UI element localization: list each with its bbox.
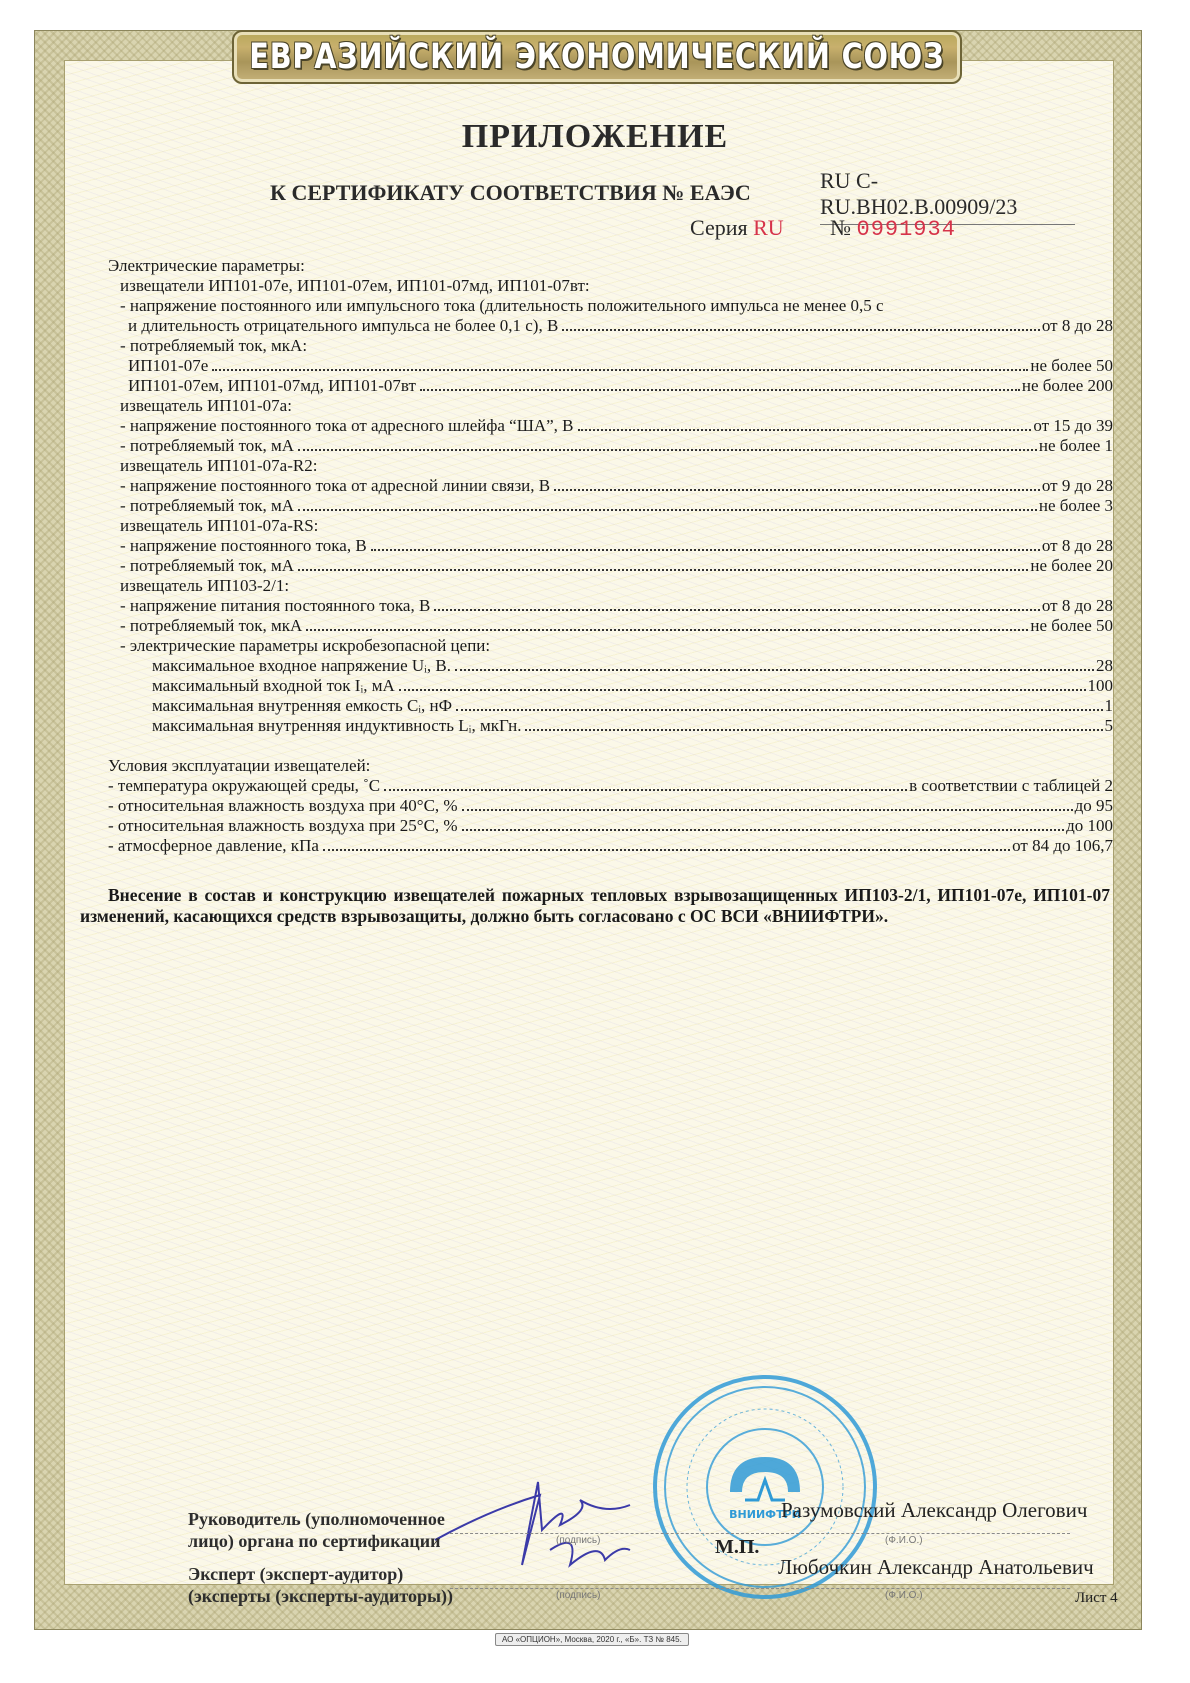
fio-hint: (Ф.И.О.)	[885, 1535, 923, 1546]
expert-label: Эксперт (эксперт-аудитор) (эксперты (экс…	[188, 1563, 453, 1607]
parameter-row: - относительная влажность воздуха при 25…	[108, 816, 1113, 836]
parameters-section: Электрические параметры: извещатели ИП10…	[108, 256, 1113, 856]
leader-dots	[212, 369, 1028, 371]
parameter-value: 1	[1105, 696, 1114, 716]
parameter-label: максимальная внутренняя индуктивность Lᵢ…	[152, 716, 521, 736]
parameter-label: - напряжение постоянного тока, В	[120, 536, 367, 556]
parameter-row: - относительная влажность воздуха при 40…	[108, 796, 1113, 816]
parameter-label: максимальное входное напряжение Uᵢ, В.	[152, 656, 451, 676]
signature-hint: (подпись)	[556, 1590, 600, 1601]
parameter-label: - потребляемый ток, мА	[120, 556, 294, 576]
parameter-label: извещатель ИП103-2/1:	[120, 576, 289, 596]
parameter-value: в соответствии с таблицей 2	[909, 776, 1113, 796]
leader-dots	[371, 549, 1040, 551]
leader-dots	[298, 449, 1037, 451]
leader-dots	[399, 689, 1086, 691]
parameter-row: - температура окружающей среды, ˚С в соо…	[108, 776, 1113, 796]
sheet-number: Лист 4	[1075, 1590, 1118, 1607]
leader-dots	[434, 609, 1040, 611]
leader-dots	[323, 849, 1010, 851]
parameter-label: - напряжение питания постоянного тока, В	[120, 596, 430, 616]
parameter-row: - атмосферное давление, кПаот 84 до 106,…	[108, 836, 1113, 856]
parameter-value: не более 50	[1030, 356, 1113, 376]
parameter-row: ИП101-07ем, ИП101-07мд, ИП101-07втне бол…	[108, 376, 1113, 396]
leader-dots	[525, 729, 1102, 731]
parameter-row: максимальная внутренняя емкость Cᵢ, нФ 1	[108, 696, 1113, 716]
parameter-value: не более 1	[1039, 436, 1113, 456]
parameter-label: - атмосферное давление, кПа	[108, 836, 319, 856]
parameter-value: от 8 до 28	[1042, 596, 1113, 616]
parameter-row: - напряжение постоянного или импульсного…	[108, 296, 1113, 316]
parameter-label: - температура окружающей среды, ˚С	[108, 776, 380, 796]
leader-dots	[420, 389, 1020, 391]
parameter-row: - напряжение постоянного тока, В от 8 до…	[108, 536, 1113, 556]
parameter-value: не более 200	[1022, 376, 1113, 396]
parameter-value: 5	[1105, 716, 1114, 736]
leader-dots	[462, 829, 1065, 831]
parameter-row: максимальный входной ток Iᵢ, мА 100	[108, 676, 1113, 696]
parameter-label: ИП101-07ем, ИП101-07мд, ИП101-07вт	[128, 376, 416, 396]
parameter-value: 28	[1096, 656, 1113, 676]
parameter-row: - потребляемый ток, мА не более 3	[108, 496, 1113, 516]
parameter-row: - напряжение постоянного тока от адресно…	[108, 416, 1113, 436]
parameter-row: ИП101-07ене более 50	[108, 356, 1113, 376]
expert-name: Любочкин Александр Анатольевич	[778, 1555, 1094, 1580]
parameter-value: 100	[1088, 676, 1114, 696]
expert-signature-line	[450, 1588, 1070, 1589]
parameter-value: не более 20	[1030, 556, 1113, 576]
parameter-label: - относительная влажность воздуха при 40…	[108, 796, 458, 816]
parameter-label: извещатель ИП101-07а-RS:	[120, 516, 318, 536]
head-name: Разумовский Александр Олегович	[781, 1498, 1087, 1523]
parameter-label: - электрические параметры искробезопасно…	[120, 636, 490, 656]
stamp-place-label: М.П.	[715, 1536, 759, 1559]
parameter-row: максимальная внутренняя индуктивность Lᵢ…	[108, 716, 1113, 736]
parameter-value: от 8 до 28	[1042, 536, 1113, 556]
parameter-label: извещатели ИП101-07е, ИП101-07ем, ИП101-…	[120, 276, 590, 296]
parameter-label: и длительность отрицательного импульса н…	[128, 316, 558, 336]
parameter-label: ИП101-07е	[128, 356, 208, 376]
leader-dots	[456, 709, 1102, 711]
head-signature-icon	[430, 1470, 670, 1590]
parameter-label: максимальный входной ток Iᵢ, мА	[152, 676, 395, 696]
conditions-heading: Условия эксплуатации извещателей:	[108, 756, 1113, 776]
series-value: RU	[753, 215, 784, 240]
head-label: Руководитель (уполномоченное лицо) орган…	[188, 1508, 445, 1552]
electrical-heading: Электрические параметры:	[108, 256, 1113, 276]
parameter-label: - относительная влажность воздуха при 25…	[108, 816, 458, 836]
parameter-label: - потребляемый ток, мкА:	[120, 336, 307, 356]
blank-number-label: №	[830, 215, 851, 240]
parameter-value: от 15 до 39	[1033, 416, 1113, 436]
printer-imprint: АО «ОПЦИОН», Москва, 2020 г., «Б». ТЗ № …	[495, 1633, 689, 1646]
parameter-value: от 9 до 28	[1042, 476, 1113, 496]
blank-number: № 0991934	[830, 215, 956, 242]
leader-dots	[562, 329, 1040, 331]
fio-hint: (Ф.И.О.)	[885, 1590, 923, 1601]
parameter-row: - потребляемый ток, мкА не более 50	[108, 616, 1113, 636]
parameter-value: не более 50	[1030, 616, 1113, 636]
banner-text: ЕВРАЗИЙСКИЙ ЭКОНОМИЧЕСКИЙ СОЮЗ	[249, 37, 944, 77]
parameter-row: извещатель ИП103-2/1:	[108, 576, 1113, 596]
leader-dots	[298, 509, 1037, 511]
electrical-parameters-list: извещатели ИП101-07е, ИП101-07ем, ИП101-…	[108, 276, 1113, 736]
parameter-value: от 8 до 28	[1042, 316, 1113, 336]
parameter-label: - потребляемый ток, мкА	[120, 616, 302, 636]
parameter-label: - потребляемый ток, мА	[120, 496, 294, 516]
operating-conditions-list: - температура окружающей среды, ˚С в соо…	[108, 776, 1113, 856]
parameter-row: извещатель ИП101-07а:	[108, 396, 1113, 416]
page-title: ПРИЛОЖЕНИЕ	[0, 118, 1190, 156]
head-signature-line	[450, 1533, 1070, 1534]
parameter-row: извещатель ИП101-07а-RS:	[108, 516, 1113, 536]
leader-dots	[578, 429, 1032, 431]
leader-dots	[455, 669, 1094, 671]
certificate-label: К СЕРТИФИКАТУ СООТВЕТСТВИЯ № ЕАЭС	[270, 180, 751, 206]
parameter-label: извещатель ИП101-07а-R2:	[120, 456, 317, 476]
parameter-value: до 95	[1075, 796, 1113, 816]
parameter-row: - напряжение питания постоянного тока, В…	[108, 596, 1113, 616]
leader-dots	[306, 629, 1028, 631]
section-heading: Электрические параметры:	[108, 256, 305, 276]
leader-dots	[384, 789, 907, 791]
parameter-label: - напряжение постоянного или импульсного…	[120, 296, 884, 316]
parameter-row: извещатель ИП101-07а-R2:	[108, 456, 1113, 476]
parameter-value: до 100	[1066, 816, 1113, 836]
parameter-label: максимальная внутренняя емкость Cᵢ, нФ	[152, 696, 452, 716]
series: Серия RU	[690, 215, 784, 241]
parameter-row: - напряжение постоянного тока от адресно…	[108, 476, 1113, 496]
parameter-row: - потребляемый ток, мА не более 20	[108, 556, 1113, 576]
leader-dots	[462, 809, 1073, 811]
series-label: Серия	[690, 215, 748, 240]
parameter-label: - потребляемый ток, мА	[120, 436, 294, 456]
parameter-row: - электрические параметры искробезопасно…	[108, 636, 1113, 656]
notice-paragraph: Внесение в состав и конструкцию извещате…	[80, 885, 1110, 927]
union-banner: ЕВРАЗИЙСКИЙ ЭКОНОМИЧЕСКИЙ СОЮЗ	[232, 30, 962, 84]
parameter-row: извещатели ИП101-07е, ИП101-07ем, ИП101-…	[108, 276, 1113, 296]
parameter-row: максимальное входное напряжение Uᵢ, В. 2…	[108, 656, 1113, 676]
parameter-label: - напряжение постоянного тока от адресно…	[120, 416, 574, 436]
parameter-row: - потребляемый ток, мкА:	[108, 336, 1113, 356]
parameter-value: от 84 до 106,7	[1012, 836, 1113, 856]
signature-hint: (подпись)	[556, 1535, 600, 1546]
parameter-value: не более 3	[1039, 496, 1113, 516]
parameter-label: - напряжение постоянного тока от адресно…	[120, 476, 550, 496]
parameter-row: и длительность отрицательного импульса н…	[108, 316, 1113, 336]
section-heading: Условия эксплуатации извещателей:	[108, 756, 370, 776]
parameter-row: - потребляемый ток, мА не более 1	[108, 436, 1113, 456]
blank-number-value: 0991934	[857, 217, 956, 242]
parameter-label: извещатель ИП101-07а:	[120, 396, 292, 416]
leader-dots	[298, 569, 1028, 571]
leader-dots	[554, 489, 1040, 491]
